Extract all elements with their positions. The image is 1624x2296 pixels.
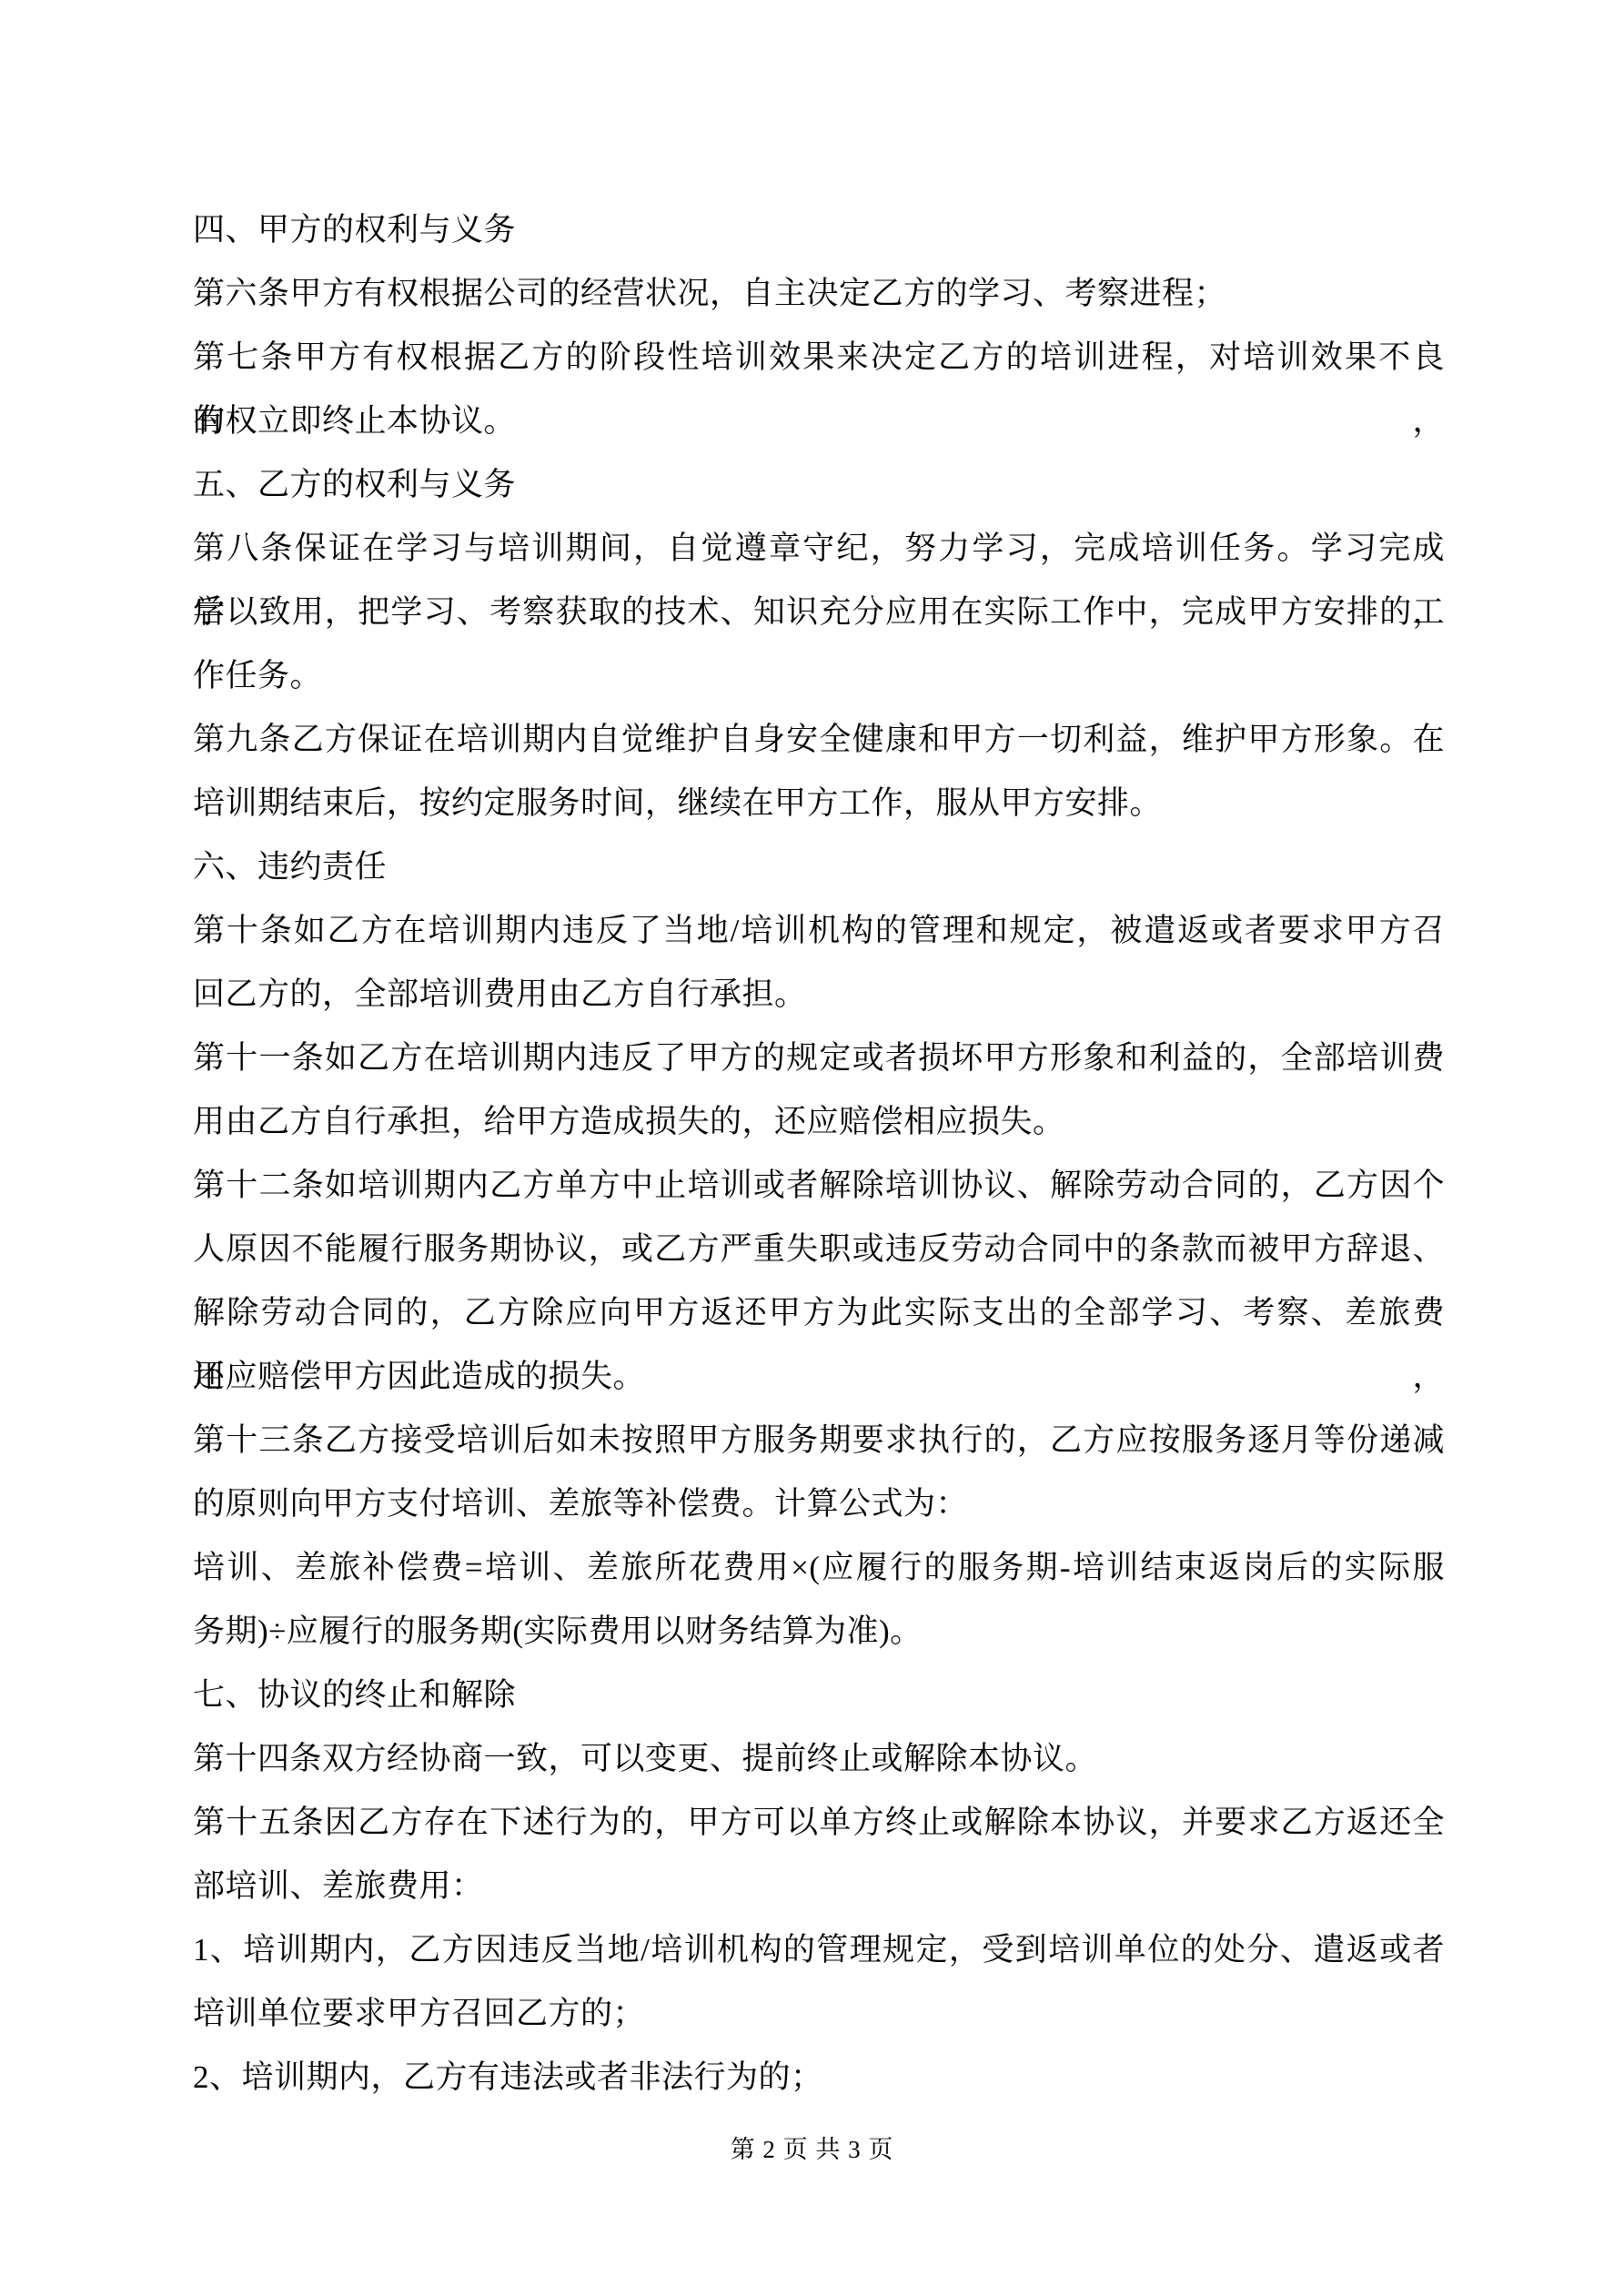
text-line: 第十四条双方经协商一致，可以变更、提前终止或解除本协议。 [193,1727,1445,1791]
text-line: 学以致用，把学习、考察获取的技术、知识充分应用在实际工作中，完成甲方安排的工 [193,581,1445,644]
text-line: 第八条保证在学习与培训期间，自觉遵章守纪，努力学习，完成培训任务。学习完成后， [193,517,1445,581]
text-line: 人原因不能履行服务期协议，或乙方严重失职或违反劳动合同中的条款而被甲方辞退、 [193,1218,1445,1281]
text-line: 第六条甲方有权根据公司的经营状况，自主决定乙方的学习、考察进程； [193,262,1445,326]
text-line: 七、协议的终止和解除 [193,1664,1445,1727]
text-line: 第十一条如乙方在培训期内违反了甲方的规定或者损坏甲方形象和利益的，全部培训费 [193,1027,1445,1090]
page-number: 第 2 页 共 3 页 [0,2129,1624,2165]
text-line: 部培训、差旅费用： [193,1855,1445,1918]
text-line: 用由乙方自行承担，给甲方造成损失的，还应赔偿相应损失。 [193,1090,1445,1154]
text-line: 1、培训期内，乙方因违反当地/培训机构的管理规定，受到培训单位的处分、遣返或者 [193,1918,1445,1982]
text-line: 第十五条因乙方存在下述行为的，甲方可以单方终止或解除本协议，并要求乙方返还全 [193,1791,1445,1855]
text-line: 六、违约责任 [193,835,1445,899]
text-line: 第十二条如培训期内乙方单方中止培训或者解除培训协议、解除劳动合同的，乙方因个 [193,1154,1445,1218]
document-page: 四、甲方的权利与义务第六条甲方有权根据公司的经营状况，自主决定乙方的学习、考察进… [0,0,1624,2296]
text-line: 第七条甲方有权根据乙方的阶段性培训效果来决定乙方的培训进程，对培训效果不良的， [193,326,1445,389]
text-line: 培训单位要求甲方召回乙方的； [193,1982,1445,2046]
text-line: 回乙方的，全部培训费用由乙方自行承担。 [193,963,1445,1027]
text-line: 四、甲方的权利与义务 [193,198,1445,262]
document-body: 四、甲方的权利与义务第六条甲方有权根据公司的经营状况，自主决定乙方的学习、考察进… [193,198,1445,2109]
text-line: 作任务。 [193,644,1445,708]
text-line: 第十三条乙方接受培训后如未按照甲方服务期要求执行的，乙方应按服务逐月等份递减 [193,1409,1445,1472]
text-line: 的原则向甲方支付培训、差旅等补偿费。计算公式为： [193,1472,1445,1536]
text-line: 第十条如乙方在培训期内违反了当地/培训机构的管理和规定，被遣返或者要求甲方召 [193,899,1445,963]
text-line: 务期)÷应履行的服务期(实际费用以财务结算为准)。 [193,1600,1445,1664]
text-line: 培训、差旅补偿费=培训、差旅所花费用×(应履行的服务期-培训结束返岗后的实际服 [193,1536,1445,1600]
text-line: 第九条乙方保证在培训期内自觉维护自身安全健康和甲方一切利益，维护甲方形象。在 [193,708,1445,772]
text-line: 培训期结束后，按约定服务时间，继续在甲方工作，服从甲方安排。 [193,772,1445,835]
text-line: 五、乙方的权利与义务 [193,453,1445,517]
text-line: 2、培训期内，乙方有违法或者非法行为的； [193,2046,1445,2109]
text-line: 解除劳动合同的，乙方除应向甲方返还甲方为此实际支出的全部学习、考察、差旅费用， [193,1281,1445,1345]
